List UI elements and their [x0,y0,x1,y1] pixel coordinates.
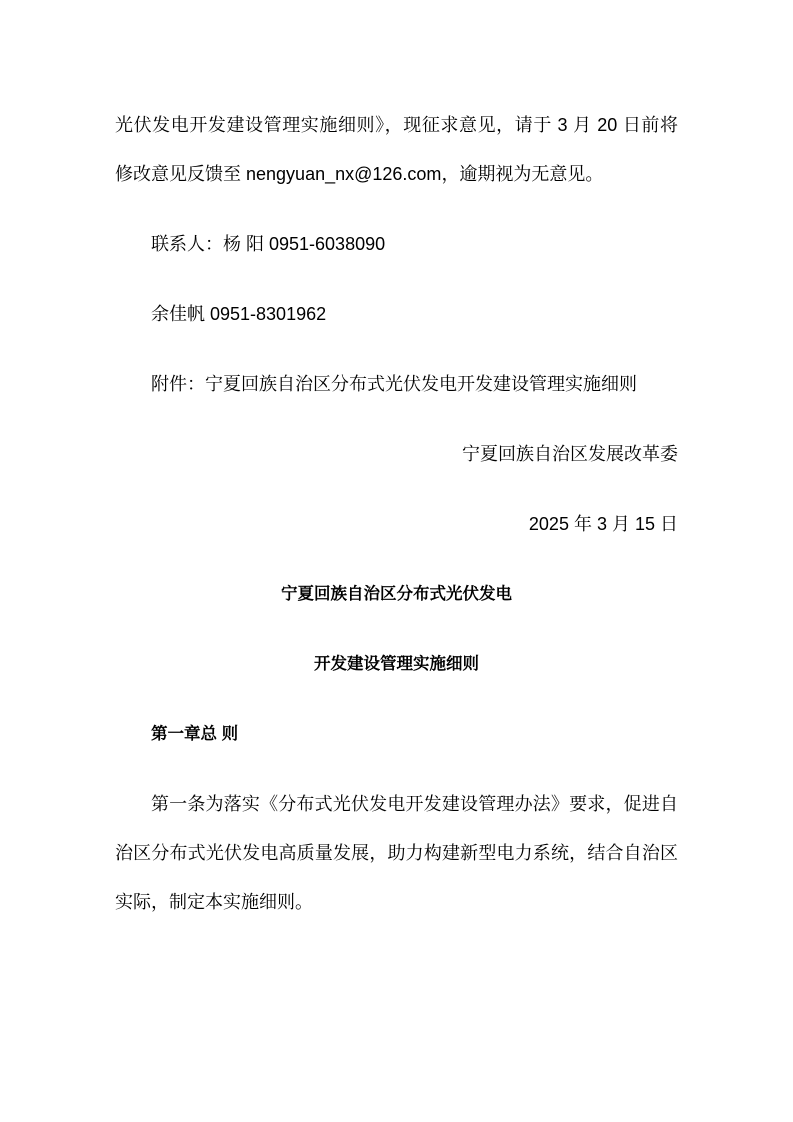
continuation-text-after-email: ，逾期视为无意见。 [441,164,603,184]
email-address: nengyuan_nx@126.com [246,164,441,184]
article-1-paragraph: 第一条为落实《分布式光伏发电开发建设管理办法》要求，促进自治区分布式光伏发电高质… [115,780,678,927]
issue-date-line: 2025 年 3 月 15 日 [115,500,678,549]
attachment-line: 附件：宁夏回族自治区分布式光伏发电开发建设管理实施细则 [115,360,678,409]
contact-person-line-2: 余佳帆 0951-8301962 [115,290,678,339]
contact-person-line-1: 联系人：杨 阳 0951-6038090 [115,220,678,269]
document-page: 光伏发电开发建设管理实施细则》，现征求意见，请于 3 月 20 日前将修改意见反… [0,0,793,1122]
issuer-line: 宁夏回族自治区发展改革委 [115,430,678,479]
chapter-1-heading: 第一章总 则 [115,710,678,759]
continuation-paragraph: 光伏发电开发建设管理实施细则》，现征求意见，请于 3 月 20 日前将修改意见反… [115,101,678,199]
document-title-line-1: 宁夏回族自治区分布式光伏发电 [115,570,678,619]
document-title-line-2: 开发建设管理实施细则 [115,640,678,689]
